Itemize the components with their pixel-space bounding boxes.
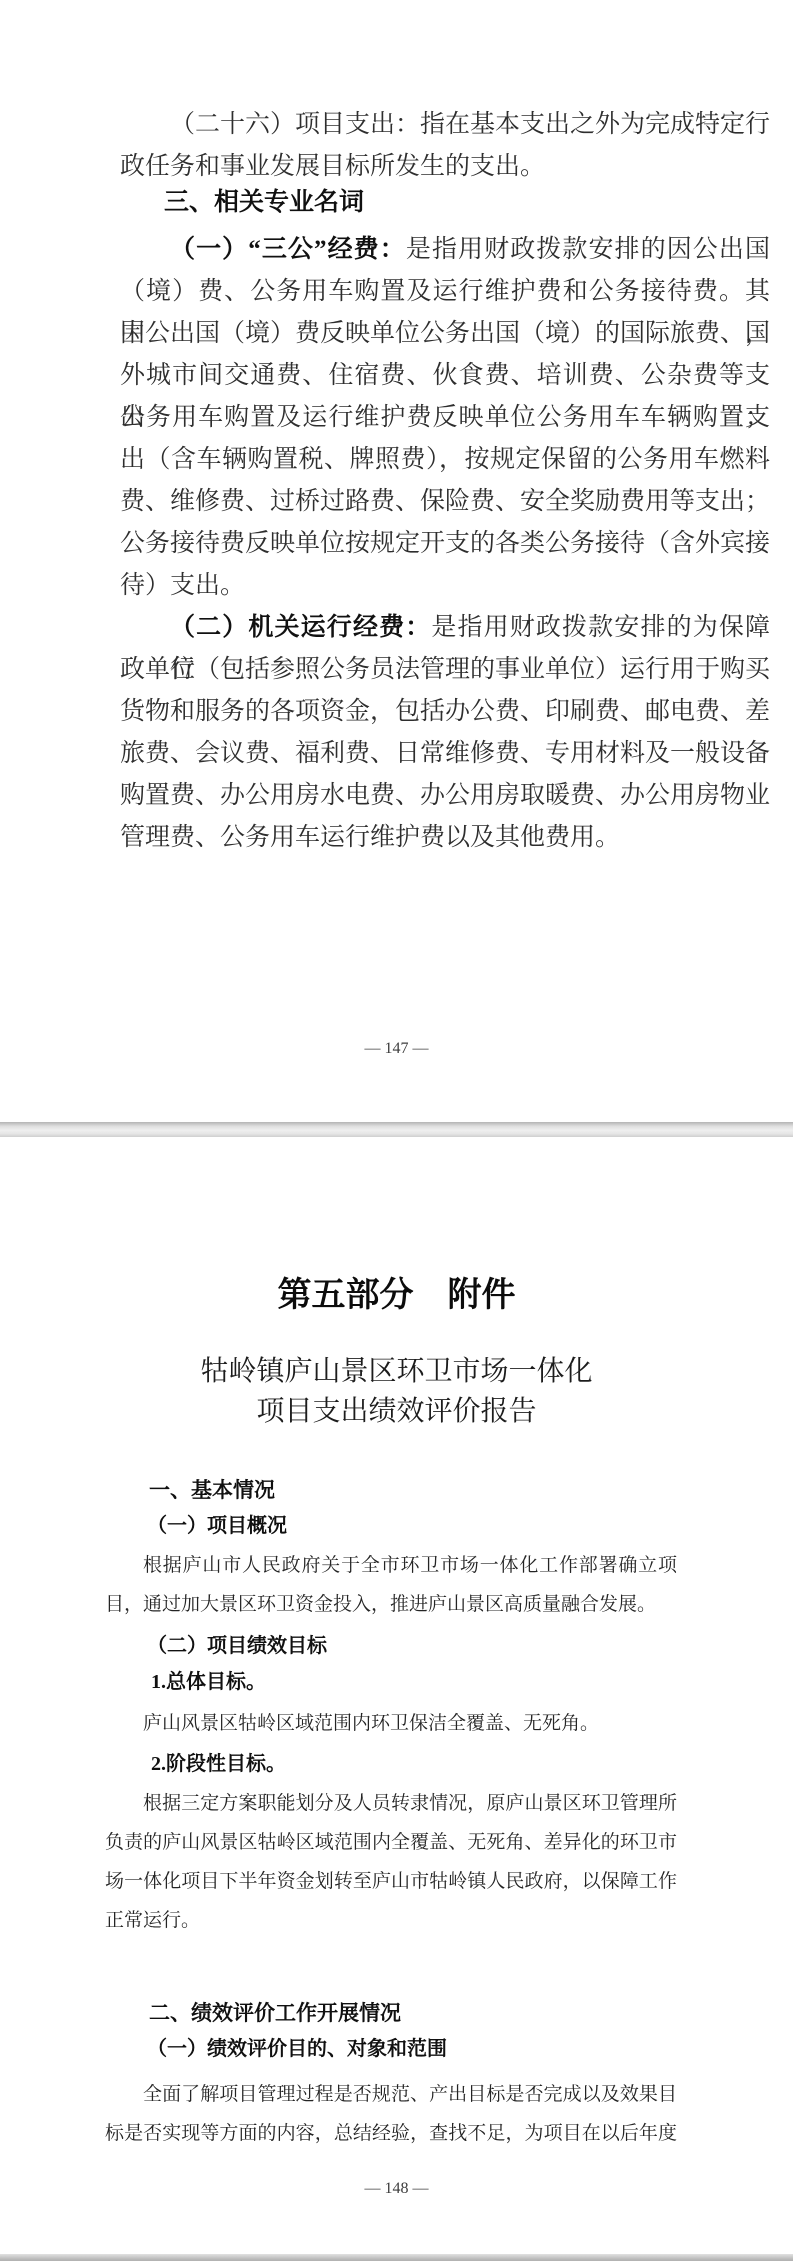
report-title-line: 牯岭镇庐山景区环卫市场一体化	[0, 1352, 793, 1392]
document-viewer: （二十六）项目支出：指在基本支出之外为完成特定行 政任务和事业发展目标所发生的支…	[0, 0, 793, 2261]
page-148: 第五部分 附件 牯岭镇庐山景区环卫市场一体化 项目支出绩效评价报告 一、基本情况…	[0, 1137, 793, 2254]
text-line: 管理费、公务用车运行维护费以及其他费用。	[120, 817, 770, 859]
page-number-148: — 148 —	[0, 2176, 793, 2202]
paragraph-project-expenditure: （二十六）项目支出：指在基本支出之外为完成特定行 政任务和事业发展目标所发生的支…	[120, 104, 770, 188]
report-title-line: 项目支出绩效评价报告	[0, 1392, 793, 1432]
page-147: （二十六）项目支出：指在基本支出之外为完成特定行 政任务和事业发展目标所发生的支…	[0, 0, 793, 1122]
next-page-separator-edge	[0, 2254, 793, 2261]
text-line: 目，通过加大景区环卫资金投入，推进庐山景区高质量融合发展。	[105, 1585, 677, 1624]
text-line: （二）机关运行经费：是指用财政拨款安排的为保障行	[120, 607, 770, 649]
text-line: 费、维修费、过桥过路费、保险费、安全奖励费用等支出；	[120, 481, 770, 523]
text-line: 庐山风景区牯岭区域范围内环卫保洁全覆盖、无死角。	[105, 1704, 677, 1743]
page-number-147: — 147 —	[0, 1036, 793, 1062]
text-line: 全面了解项目管理过程是否规范、产出目标是否完成以及效果目	[105, 2075, 677, 2114]
subheading-project-overview: （一）项目概况	[105, 1510, 719, 1542]
term-rest: 是指用财政拨款安排的因公出国	[406, 236, 770, 263]
paragraph-agency-operating-funds: （二）机关运行经费：是指用财政拨款安排的为保障行 政单位（包括参照公务员法管理的…	[120, 607, 770, 859]
text-line: 政单位（包括参照公务员法管理的事业单位）运行用于购买	[120, 649, 770, 691]
text-line: 外城市间交通费、住宿费、伙食费、培训费、公杂费等支出；	[120, 355, 770, 397]
paragraph-project-overview: 根据庐山市人民政府关于全市环卫市场一体化工作部署确立项 目，通过加大景区环卫资金…	[105, 1546, 677, 1624]
page-separator	[0, 1122, 793, 1137]
text-line: 出（含车辆购置税、牌照费），按规定保留的公务用车燃料	[120, 439, 770, 481]
subheading-stage-target: 2.阶段性目标。	[105, 1748, 723, 1780]
text-line: （境）费、公务用车购置及运行维护费和公务接待费。其中，	[120, 271, 770, 313]
section-heading-terms: 三、相关专业名词	[120, 180, 793, 224]
text-line: 根据庐山市人民政府关于全市环卫市场一体化工作部署确立项	[105, 1546, 677, 1585]
paragraph-evaluation-purpose: 全面了解项目管理过程是否规范、产出目标是否完成以及效果目 标是否实现等方面的内容…	[105, 2075, 677, 2153]
text-line: 标是否实现等方面的内容，总结经验，查找不足，为项目在以后年度	[105, 2114, 677, 2153]
text-line: 购置费、办公用房水电费、办公用房取暖费、办公用房物业	[120, 775, 770, 817]
part-title: 第五部分 附件	[0, 1272, 793, 1320]
text-line: （一）“三公”经费：是指用财政拨款安排的因公出国	[120, 229, 770, 271]
text-line: 公务用车购置及运行维护费反映单位公务用车车辆购置支	[120, 397, 770, 439]
paragraph-stage-target: 根据三定方案职能划分及人员转隶情况，原庐山景区环卫管理所 负责的庐山风景区牯岭区…	[105, 1784, 677, 1940]
text-line: 公务接待费反映单位按规定开支的各类公务接待（含外宾接	[120, 523, 770, 565]
paragraph-overall-target: 庐山风景区牯岭区域范围内环卫保洁全覆盖、无死角。	[105, 1704, 677, 1743]
text-line: 根据三定方案职能划分及人员转隶情况，原庐山景区环卫管理所	[105, 1784, 677, 1823]
text-line: 因公出国（境）费反映单位公务出国（境）的国际旅费、国	[120, 313, 770, 355]
text-line: （二十六）项目支出：指在基本支出之外为完成特定行	[120, 104, 770, 146]
subheading-evaluation-scope: （一）绩效评价目的、对象和范围	[105, 2033, 719, 2065]
term-lead: （一）“三公”经费：	[170, 236, 406, 263]
subheading-performance-targets: （二）项目绩效目标	[105, 1630, 719, 1662]
text-line: 待）支出。	[120, 565, 770, 607]
text-line: 旅费、会议费、福利费、日常维修费、专用材料及一般设备	[120, 733, 770, 775]
subheading-overall-target: 1.总体目标。	[105, 1666, 723, 1698]
text-line: 负责的庐山风景区牯岭区域范围内全覆盖、无死角、差异化的环卫市	[105, 1823, 677, 1862]
section-heading-basic-info: 一、基本情况	[105, 1474, 721, 1508]
term-lead: （二）机关运行经费：	[170, 614, 431, 641]
text-line: 货物和服务的各项资金，包括办公费、印刷费、邮电费、差	[120, 691, 770, 733]
paragraph-three-public-funds: （一）“三公”经费：是指用财政拨款安排的因公出国 （境）费、公务用车购置及运行维…	[120, 229, 770, 607]
text-line: 正常运行。	[105, 1901, 677, 1940]
section-heading-evaluation-work: 二、绩效评价工作开展情况	[105, 1997, 721, 2031]
report-title: 牯岭镇庐山景区环卫市场一体化 项目支出绩效评价报告	[0, 1352, 793, 1432]
text-line: 场一体化项目下半年资金划转至庐山市牯岭镇人民政府，以保障工作	[105, 1862, 677, 1901]
